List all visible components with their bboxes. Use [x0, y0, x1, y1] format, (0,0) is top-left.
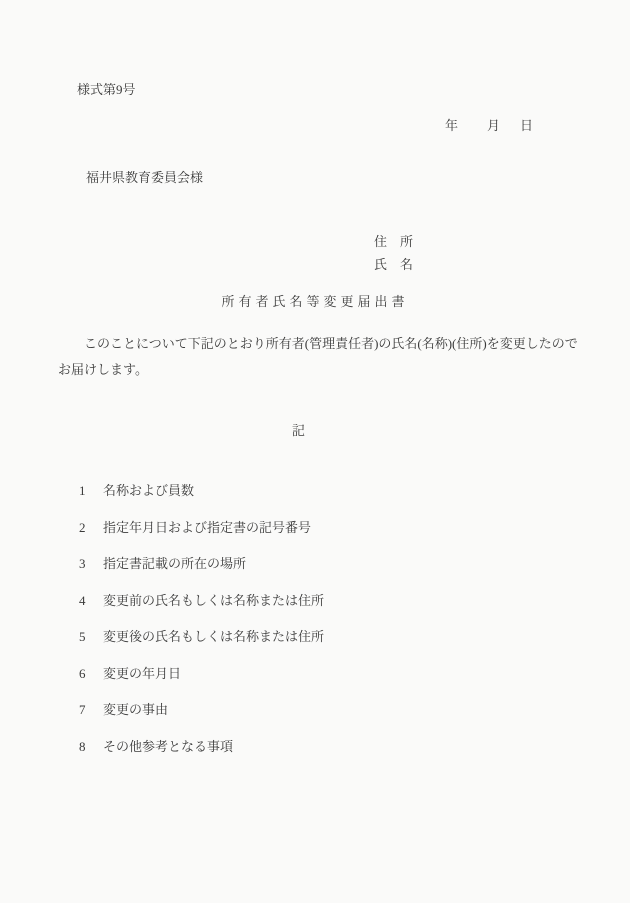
record-heading: 記 — [292, 424, 305, 437]
document-title: 所有者氏名等変更届出書 — [0, 295, 630, 308]
item-text: 変更後の氏名もしくは名称または住所 — [103, 630, 324, 643]
body-text-line-1: このことについて下記のとおり所有者(管理責任者)の氏名(名称)(住所)を変更した… — [58, 337, 598, 350]
list-item: 4 変更前の氏名もしくは名称または住所 — [79, 594, 324, 607]
document-page: 様式第9号 年 月 日 福井県教育委員会様 住 所 氏 名 所有者氏名等変更届出… — [0, 0, 630, 903]
list-item: 6 変更の年月日 — [79, 667, 324, 680]
list-item: 5 変更後の氏名もしくは名称または住所 — [79, 630, 324, 643]
item-text: 指定年月日および指定書の記号番号 — [103, 521, 311, 534]
item-number: 8 — [79, 740, 103, 753]
sender-address-label: 住 所 — [374, 235, 413, 248]
item-number: 4 — [79, 594, 103, 607]
item-text: その他参考となる事項 — [103, 740, 233, 753]
list-item: 8 その他参考となる事項 — [79, 740, 324, 753]
date-month-label: 月 — [487, 119, 500, 132]
sender-name-label: 氏 名 — [374, 258, 413, 271]
item-text: 指定書記載の所在の場所 — [103, 557, 246, 570]
list-item: 3 指定書記載の所在の場所 — [79, 557, 324, 570]
item-list: 1 名称および員数 2 指定年月日および指定書の記号番号 3 指定書記載の所在の… — [79, 484, 324, 776]
list-item: 1 名称および員数 — [79, 484, 324, 497]
item-number: 6 — [79, 667, 103, 680]
item-number: 5 — [79, 630, 103, 643]
date-year-label: 年 — [445, 119, 458, 132]
recipient-name: 福井県教育委員会様 — [86, 171, 203, 184]
body-text-line-2: お届けします。 — [58, 363, 598, 376]
item-text: 名称および員数 — [103, 484, 194, 497]
item-number: 2 — [79, 521, 103, 534]
item-number: 7 — [79, 703, 103, 716]
list-item: 7 変更の事由 — [79, 703, 324, 716]
item-text: 変更前の氏名もしくは名称または住所 — [103, 594, 324, 607]
form-number: 様式第9号 — [77, 83, 136, 96]
date-day-label: 日 — [520, 119, 533, 132]
body-paragraph: このことについて下記のとおり所有者(管理責任者)の氏名(名称)(住所)を変更した… — [58, 337, 598, 376]
item-text: 変更の事由 — [103, 703, 168, 716]
item-number: 3 — [79, 557, 103, 570]
list-item: 2 指定年月日および指定書の記号番号 — [79, 521, 324, 534]
item-number: 1 — [79, 484, 103, 497]
item-text: 変更の年月日 — [103, 667, 181, 680]
date-line: 年 月 日 — [445, 119, 533, 132]
